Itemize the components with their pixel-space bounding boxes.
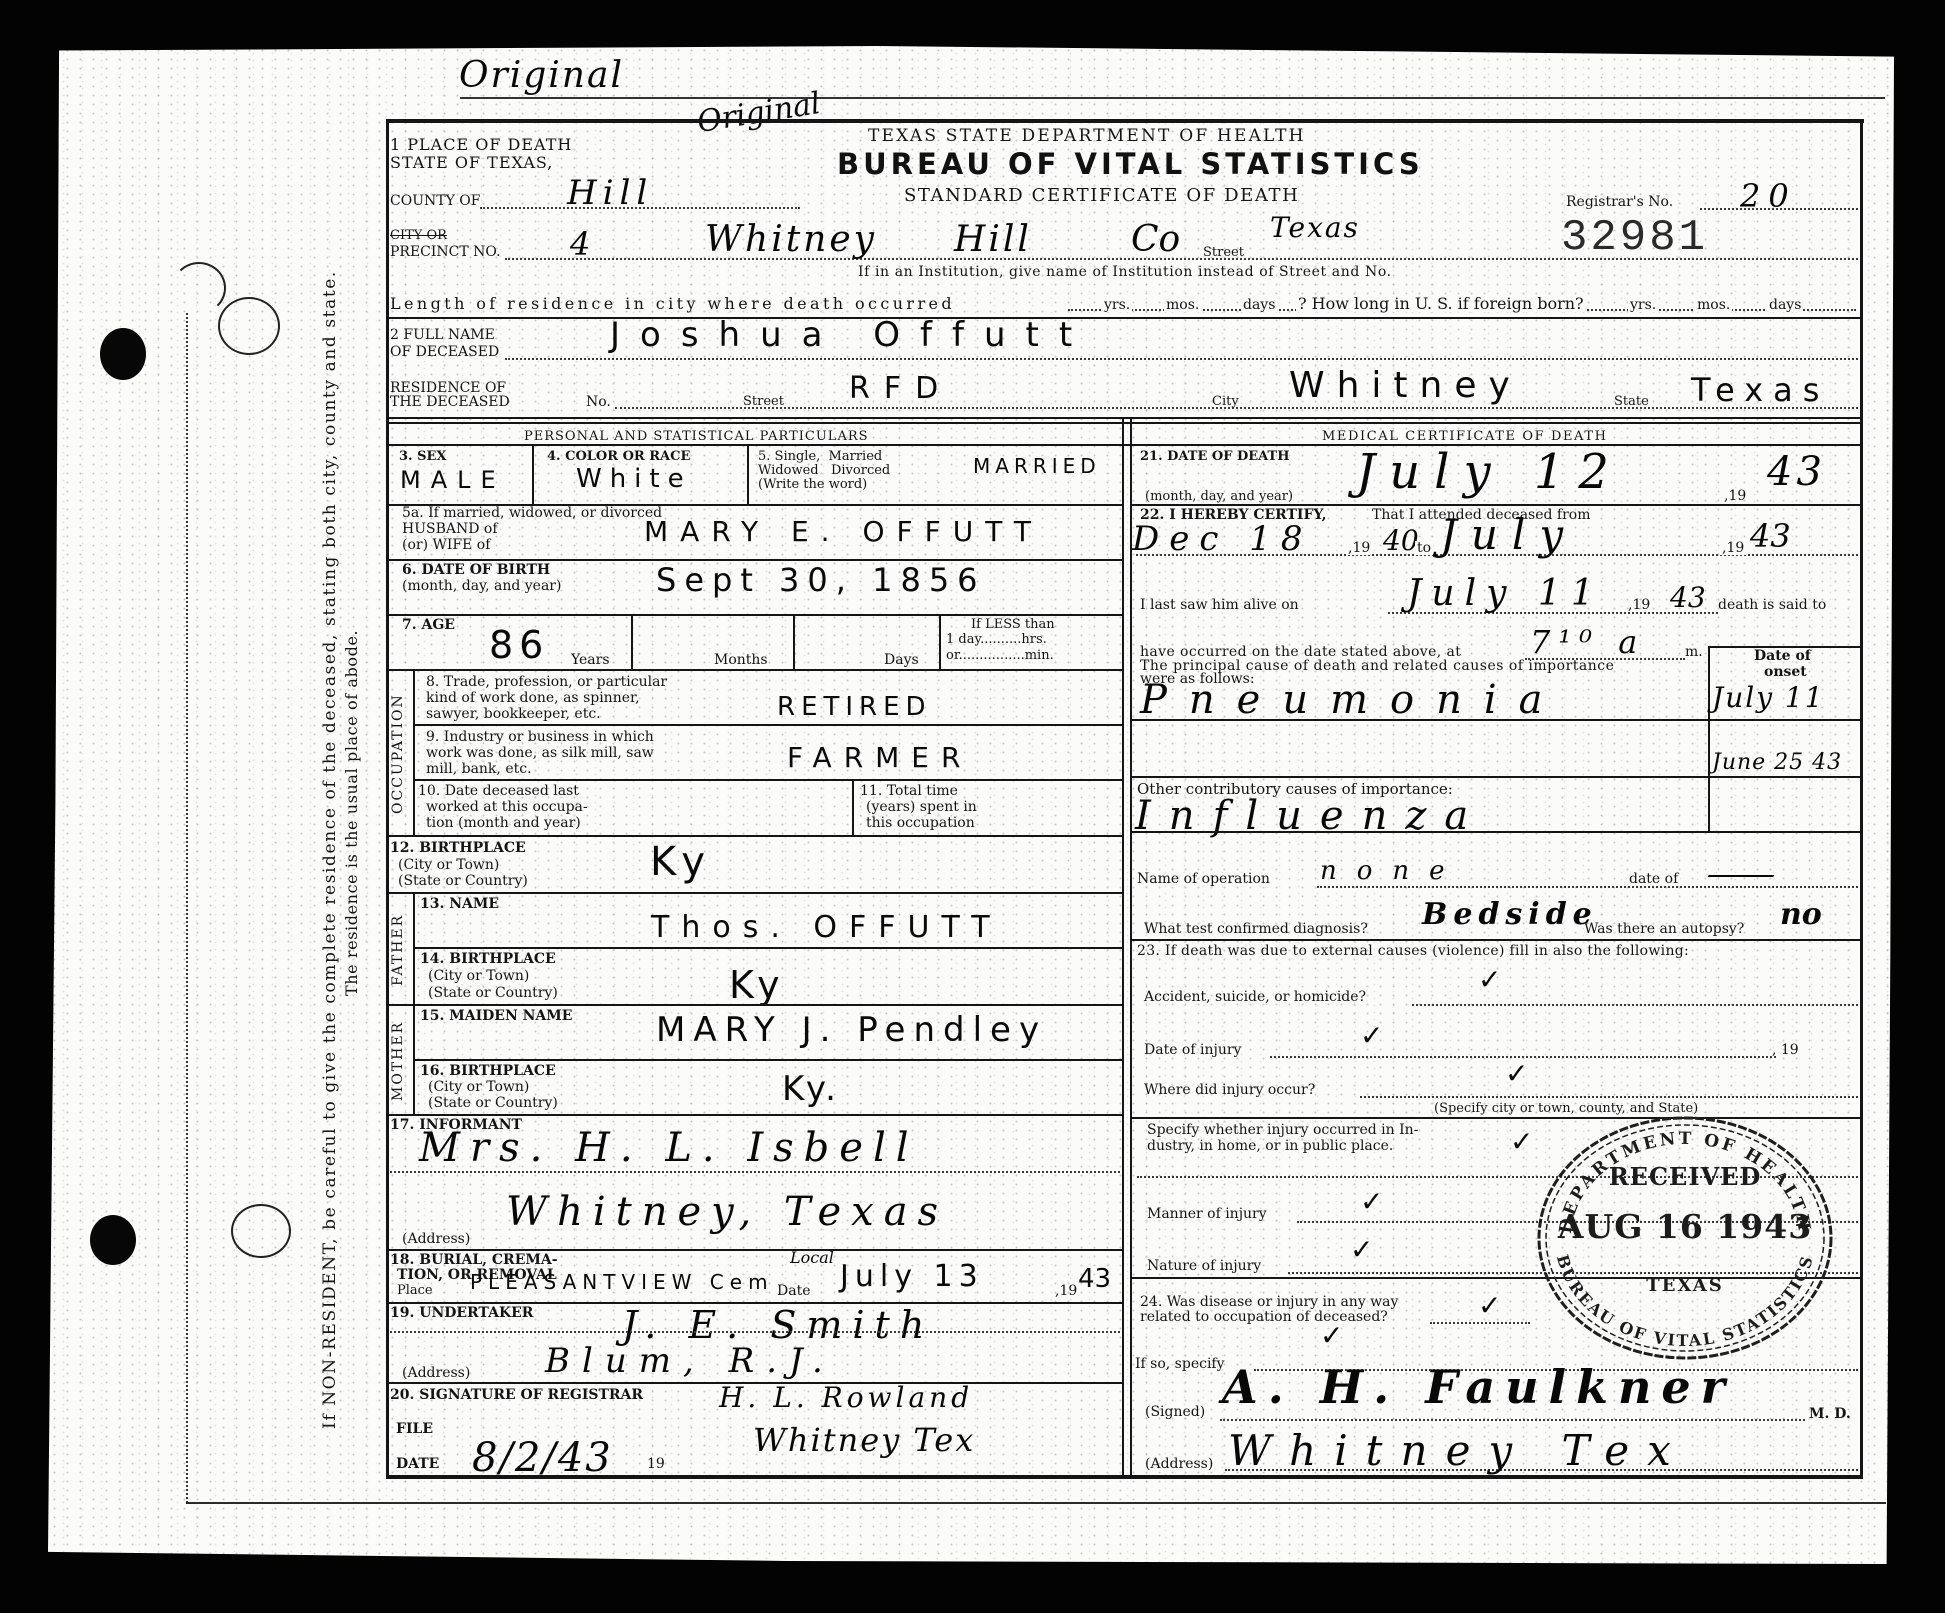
side-instruction-line-1: If NON-RESIDENT, be careful to give the …: [322, 200, 342, 1500]
stamp-ring-bottom-text: BUREAU OF VITAL STATISTICS: [1553, 1252, 1817, 1350]
occupation-section-label: OCCUPATION: [391, 672, 411, 836]
residence-city-label: City: [1212, 395, 1239, 408]
cell-divider: [532, 445, 534, 505]
handwritten-original-note: Original: [459, 58, 624, 94]
industry-label-3: mill, bank, etc.: [426, 762, 532, 776]
cell-divider: [631, 615, 633, 670]
undertaker-value: J. E. Smith: [622, 1306, 934, 1344]
occurred-label: have occurred on the date stated above, …: [1140, 645, 1461, 659]
age-label: 7. AGE: [402, 618, 455, 632]
precinct-county-abbr: Co: [1131, 222, 1180, 258]
rule: [388, 892, 1123, 894]
death-date-label-2: (month, day, and year): [1145, 490, 1293, 503]
rule: [388, 614, 1123, 616]
informant-address-value: Whitney, Texas: [506, 1192, 948, 1232]
age-days-label: Days: [884, 653, 919, 667]
injury-setting-label: Specify whether injury occurred in In-: [1147, 1123, 1418, 1137]
form-border-left: [386, 119, 389, 1479]
form-border-top: [386, 119, 1864, 123]
informant-value: Mrs. H. L. Isbell: [419, 1128, 919, 1168]
department-title: TEXAS STATE DEPARTMENT OF HEALTH: [868, 128, 1306, 145]
injury-place-label: Where did injury occur?: [1144, 1083, 1315, 1097]
fold-line: [186, 313, 188, 1503]
full-name-label: 2 FULL NAME: [390, 328, 495, 342]
burial-date-value: July 13: [840, 1262, 984, 1292]
attended-to-label: to: [1415, 541, 1433, 555]
residence-street-label: Street: [743, 395, 784, 408]
precinct-county: Hill: [954, 222, 1032, 258]
physician-address-label: (Address): [1145, 1457, 1213, 1471]
burial-year-prefix: ,19: [1055, 1284, 1077, 1298]
total-time-label-3: this occupation: [866, 816, 975, 830]
rule: [413, 779, 1123, 781]
injury-place-check-mark: ✓: [1505, 1060, 1528, 1088]
injury-place-leader: [1360, 1096, 1858, 1098]
rule: [413, 947, 1123, 949]
operation-date-value: —: [1705, 860, 1777, 890]
mother-birthplace-city-label: (City or Town): [428, 1080, 529, 1094]
death-said-label: death is said to: [1718, 598, 1826, 612]
injury-nature-label: Nature of injury: [1147, 1259, 1261, 1273]
rule: [388, 1114, 1123, 1116]
marital-label-3: (Write the word): [758, 478, 867, 491]
birthplace-state-label: (State or Country): [398, 874, 528, 888]
registrar-signature: H. L. Rowland: [719, 1384, 973, 1412]
informant-leader: [390, 1171, 1120, 1173]
marital-status-value: MARRIED: [973, 456, 1101, 476]
residence-mos-label: mos.: [1164, 298, 1201, 312]
attended-from-year-prefix: ,19: [1346, 541, 1372, 555]
father-birthplace-city-label: (City or Town): [428, 969, 529, 983]
form-border-right: [1860, 119, 1863, 1479]
attended-from-value: Dec 18: [1132, 522, 1313, 556]
deceased-name: Joshua Offutt: [610, 318, 1092, 352]
state-label: STATE OF TEXAS,: [390, 155, 553, 171]
marital-label: 5. Single, Married: [758, 450, 882, 463]
age-hours-label: 1 day..........hrs.: [946, 633, 1047, 646]
cell-divider: [747, 445, 749, 505]
informant-address-label: (Address): [402, 1232, 470, 1246]
diagnosis-test-value: Bedside: [1422, 900, 1598, 930]
diagnosis-test-label: What test confirmed diagnosis?: [1144, 922, 1368, 936]
undertaker-leader: [390, 1331, 1120, 1333]
burial-place-value: PLEASANTVIEW Cem: [470, 1272, 774, 1292]
if-so-label: If so, specify: [1135, 1357, 1225, 1371]
rule: [388, 444, 1861, 446]
death-date-value: July 12: [1356, 448, 1623, 496]
injury-setting-label-2: dustry, in home, or in public place.: [1147, 1139, 1393, 1153]
injury-year-prefix: , 19: [1772, 1043, 1799, 1057]
race-label: 4. COLOR OR RACE: [547, 450, 690, 463]
name-leader: [505, 358, 1858, 360]
residence-street: RFD: [849, 374, 952, 404]
place-of-death-label: 1 PLACE OF DEATH: [390, 137, 572, 153]
injury-setting-check-mark: ✓: [1510, 1128, 1533, 1156]
cause-1-value: Pneumonia: [1140, 680, 1565, 720]
occupational-label: 24. Was disease or injury in any way: [1140, 1295, 1398, 1309]
ring-mark-arc: [172, 262, 226, 314]
father-name-label: 13. NAME: [420, 897, 499, 911]
rule: [1131, 939, 1861, 941]
mother-section-label: MOTHER: [391, 1007, 411, 1115]
mother-name-label: 15. MAIDEN NAME: [420, 1009, 572, 1023]
burial-year-value: 43: [1078, 1266, 1111, 1292]
burial-label: 18. BURIAL, CREMA-: [390, 1253, 558, 1267]
birthplace-city-label: (City or Town): [398, 858, 499, 872]
precinct-town: Whitney: [705, 222, 877, 258]
burial-note: Local: [790, 1250, 834, 1266]
operation-label: Name of operation: [1137, 872, 1270, 886]
cell-divider: [793, 615, 795, 670]
father-section-label: FATHER: [391, 895, 411, 1005]
operation-date-label: date of: [1627, 872, 1680, 886]
city-label-struck: CITY OR: [390, 229, 447, 242]
county-value: Hill: [567, 176, 653, 210]
registrar-no-label: Registrar's No.: [1566, 195, 1673, 209]
document-scan: If NON-RESIDENT, be careful to give the …: [0, 0, 1945, 1613]
onset-header: Date of: [1754, 649, 1811, 663]
last-saw-value: July 11: [1407, 576, 1604, 612]
last-worked-label-2: worked at this occupa-: [426, 800, 588, 814]
side-instruction-line-2: The residence is the usual place of abod…: [344, 607, 362, 1019]
foreign-mos-label: mos.: [1695, 298, 1732, 312]
father-name-value: Thos. OFFUTT: [651, 913, 1002, 943]
cause-2-onset: June 25 43: [1712, 752, 1842, 774]
total-time-label: 11. Total time: [860, 784, 958, 798]
rule: [413, 724, 1123, 726]
residence-length-label: Length of residence in city where death …: [390, 296, 955, 312]
cell-divider: [852, 780, 854, 836]
marital-label-2: Widowed Divorced: [758, 464, 890, 477]
precinct-state: Texas: [1270, 214, 1360, 242]
stamp-date: AUG 16 1943: [1557, 1207, 1812, 1246]
rule: [388, 417, 1861, 419]
attended-to-year: 43: [1750, 520, 1791, 552]
death-year-value: 43: [1767, 452, 1826, 492]
precinct-value: 4: [570, 228, 590, 260]
medical-section-heading: MEDICAL CERTIFICATE OF DEATH: [1322, 430, 1608, 443]
mother-name-value: MARY J. Pendley: [656, 1013, 1047, 1047]
registrar-signature-label: 20. SIGNATURE OF REGISTRAR: [390, 1388, 643, 1402]
operation-value: none: [1320, 858, 1465, 884]
rule: [388, 669, 1123, 671]
rule: [388, 317, 1861, 319]
burial-date-label: Date: [777, 1284, 810, 1298]
accident-check-mark: ✓: [1478, 966, 1501, 994]
trade-label: 8. Trade, profession, or particular: [426, 675, 667, 689]
residence-no-label: No.: [586, 395, 611, 409]
father-birthplace-label: 14. BIRTHPLACE: [420, 952, 556, 966]
mother-birthplace-value: Ky.: [782, 1072, 840, 1106]
registrar-no-value: 20: [1740, 180, 1797, 212]
last-saw-year: 43: [1670, 584, 1706, 612]
accident-leader: [1412, 1004, 1858, 1006]
precinct-label: PRECINCT NO.: [390, 245, 501, 259]
total-time-label-2: (years) spent in: [866, 800, 977, 814]
column-divider: [1130, 418, 1132, 1477]
age-minutes-label: or................min.: [946, 649, 1054, 662]
residence-state-label: State: [1614, 395, 1649, 408]
residence-label: RESIDENCE OF: [390, 381, 506, 395]
last-saw-year-prefix: ,19: [1628, 598, 1650, 612]
trade-label-2: kind of work done, as spinner,: [426, 691, 640, 705]
rule: [1131, 831, 1861, 833]
accident-label: Accident, suicide, or homicide?: [1144, 990, 1366, 1004]
rule: [388, 422, 1861, 424]
birthplace-label: 12. BIRTHPLACE: [390, 841, 526, 855]
signed-leader: [1220, 1419, 1805, 1421]
rule: [1131, 776, 1861, 778]
foreign-yrs-label: yrs.: [1628, 298, 1658, 312]
race-value: White: [576, 466, 692, 492]
industry-value: FARMER: [787, 744, 972, 772]
occupational-label-2: related to occupation of deceased?: [1140, 1310, 1388, 1324]
spouse-label-3: (or) WIFE of: [402, 538, 490, 552]
md-label: M. D.: [1809, 1407, 1851, 1421]
injury-date-check-mark: ✓: [1360, 1022, 1383, 1050]
birth-date-label: 6. DATE OF BIRTH: [402, 563, 550, 577]
birth-date-value: Sept 30, 1856: [656, 564, 986, 596]
residence-yrs-label: yrs.: [1102, 298, 1132, 312]
trade-value: RETIRED: [777, 694, 932, 720]
residence-state: Texas: [1691, 374, 1829, 406]
rule: [388, 1249, 1123, 1251]
county-label: COUNTY OF: [390, 194, 480, 208]
institution-note: If in an Institution, give name of Insti…: [858, 265, 1392, 279]
last-worked-label-3: tion (month and year): [426, 816, 581, 830]
sex-value: MALE: [400, 468, 506, 492]
age-years-label: Years: [571, 653, 610, 667]
cause-1-onset: July 11: [1712, 684, 1825, 712]
residence-city: Whitney: [1289, 368, 1522, 404]
physician-address-value: Whitney Tex: [1228, 1430, 1689, 1472]
undertaker-address-value: Blum, R.J.: [545, 1344, 835, 1378]
fold-line: [460, 97, 1885, 99]
autopsy-label: Was there an autopsy?: [1584, 922, 1744, 936]
undertaker-address-label: (Address): [402, 1366, 470, 1380]
burial-place-label: Place: [397, 1284, 433, 1297]
trade-label-3: sawyer, bookkeeper, etc.: [426, 707, 601, 721]
cell-divider: [939, 615, 941, 670]
last-saw-label: I last saw him alive on: [1140, 598, 1299, 612]
undertaker-label: 19. UNDERTAKER: [390, 1306, 533, 1320]
rule: [388, 1004, 1123, 1006]
time-m-label: m.: [1685, 645, 1703, 659]
file-label: FILE: [396, 1422, 433, 1436]
personal-section-heading: PERSONAL AND STATISTICAL PARTICULARS: [524, 430, 869, 443]
street-label: Street: [1203, 246, 1244, 259]
punch-hole: [90, 1215, 136, 1265]
file-number-stamp: 32981: [1561, 216, 1708, 260]
other-causes-value: Influenza: [1135, 796, 1486, 836]
residence-days-label: days: [1241, 298, 1277, 312]
birth-date-label-2: (month, day, and year): [402, 579, 561, 593]
cell-divider: [413, 670, 415, 836]
age-less-label: If LESS than: [971, 618, 1055, 631]
physician-signature: A. H. Faulkner: [1222, 1364, 1735, 1410]
autopsy-value: no: [1780, 900, 1822, 930]
attended-to-year-prefix: ,19: [1720, 541, 1746, 555]
onset-box-divider: [1708, 646, 1710, 832]
full-name-label-2: OF DECEASED: [390, 345, 499, 359]
spouse-label: 5a. If married, widowed, or divorced: [402, 506, 662, 520]
occupational-leader: [1430, 1322, 1530, 1324]
foreign-days-label: days: [1767, 298, 1803, 312]
injury-manner-check-mark: ✓: [1360, 1188, 1383, 1216]
age-years-value: 86: [489, 626, 549, 664]
injury-nature-check-mark: ✓: [1350, 1236, 1373, 1264]
signed-label: (Signed): [1145, 1405, 1205, 1419]
last-worked-label: 10. Date deceased last: [418, 784, 579, 798]
attended-to-value: July: [1440, 514, 1577, 556]
received-stamp: DEPARTMENT OF HEALTH BUREAU OF VITAL STA…: [1535, 1113, 1835, 1363]
death-year-prefix: ,19: [1724, 489, 1746, 503]
ring-mark: [231, 1204, 291, 1258]
ring-mark: [218, 297, 280, 355]
stamp-state: TEXAS: [1646, 1275, 1723, 1296]
file-date-value: 8/2/43: [472, 1438, 613, 1478]
external-causes-label: 23. If death was due to external causes …: [1137, 944, 1689, 958]
residence-label-2: THE DECEASED: [390, 395, 510, 409]
rule: [1131, 719, 1861, 721]
certificate-title: STANDARD CERTIFICATE OF DEATH: [904, 187, 1299, 205]
stamp-ring-bottom: BUREAU OF VITAL STATISTICS: [1553, 1252, 1817, 1350]
occupational-check-mark: ✓: [1478, 1292, 1501, 1320]
file-date-label: DATE: [396, 1457, 439, 1471]
stamp-received: RECEIVED: [1609, 1162, 1762, 1191]
sex-label: 3. SEX: [399, 450, 446, 463]
onset-header-2: onset: [1764, 665, 1807, 679]
mother-birthplace-state-label: (State or Country): [428, 1096, 558, 1110]
injury-date-label: Date of injury: [1144, 1043, 1241, 1057]
birthplace-value: Ky: [650, 842, 713, 882]
industry-label-2: work was done, as silk mill, saw: [426, 746, 654, 760]
spouse-label-2: HUSBAND of: [402, 522, 498, 536]
registrar-location: Whitney Tex: [753, 1424, 975, 1456]
if-so-check-mark: ✓: [1320, 1322, 1343, 1350]
attended-from-year: 40: [1383, 527, 1419, 555]
father-birthplace-state-label: (State or Country): [428, 986, 558, 1000]
death-time-value: 7¹⁰ a: [1530, 626, 1645, 658]
rule: [1131, 504, 1861, 506]
fold-line: [186, 1502, 1886, 1504]
industry-label: 9. Industry or business in which: [426, 730, 654, 744]
mother-birthplace-label: 16. BIRTHPLACE: [420, 1064, 556, 1078]
injury-manner-label: Manner of injury: [1147, 1207, 1267, 1221]
father-birthplace-value: Ky: [729, 966, 786, 1004]
foreign-born-label: ? How long in U. S. if foreign born?: [1296, 296, 1586, 312]
bureau-title: BUREAU OF VITAL STATISTICS: [837, 150, 1424, 179]
spouse-value: MARY E. OFFUTT: [644, 518, 1043, 546]
rule: [388, 835, 1123, 837]
death-date-label: 21. DATE OF DEATH: [1140, 450, 1290, 463]
age-months-label: Months: [714, 653, 768, 667]
punch-hole: [100, 328, 146, 380]
rule: [413, 1059, 1123, 1061]
file-year-prefix: 19: [647, 1457, 665, 1471]
